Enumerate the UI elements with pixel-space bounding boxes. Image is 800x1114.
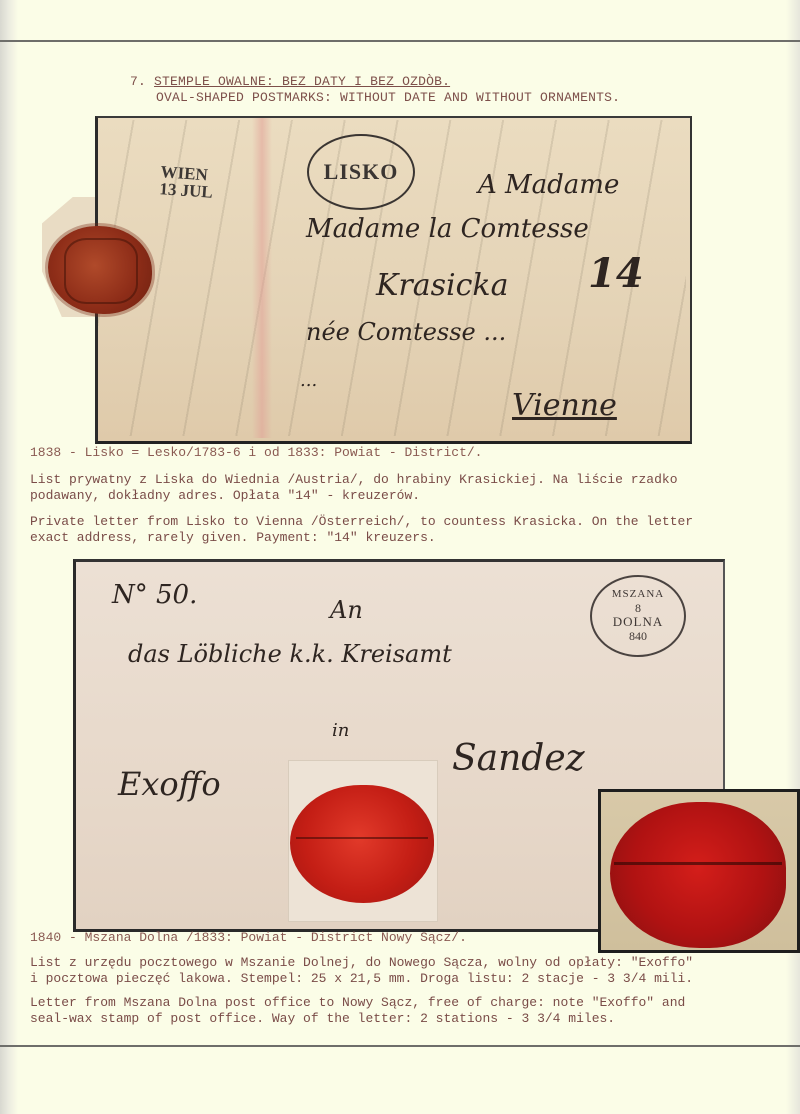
wax-seal-icon [290,785,434,903]
wien-postmark: WIEN 13 JUL [159,163,215,201]
address-line: ... [300,370,317,391]
address-line: Sandez [452,738,585,779]
section-number: 7. [130,74,146,89]
lisko-oval-postmark: LISKO [307,134,415,210]
heading-english: OVAL-SHAPED POSTMARKS: WITHOUT DATE AND … [130,90,620,106]
pink-fold-stain [252,118,272,438]
bottom-rule [0,1045,800,1047]
caption-polish: List z urzędu pocztowego w Mszanie Dolne… [30,955,693,987]
address-line: née Comtesse ... [306,318,506,346]
number-mark: N° 50. [112,580,197,610]
wax-seal-closeup-icon [610,802,786,948]
address-line: in [332,720,349,741]
heading-polish: STEMPLE OWALNE: BEZ DATY I BEZ OZDÒB. [154,74,450,89]
address-line: das Löbliche k.k. Kreisamt [128,640,452,668]
caption-english: Letter from Mszana Dolna post office to … [30,995,685,1027]
address-line: Krasicka [376,268,509,303]
franking-note: Exoffo [118,765,221,803]
rate-mark: 14 [588,250,644,297]
caption-title: 1838 - Lisko = Lesko/1783-6 i od 1833: P… [30,445,482,461]
mszana-dolna-postmark: MSZANA 8 DOLNA 840 [590,575,686,657]
caption-title: 1840 - Mszana Dolna /1833: Powiat - Dist… [30,930,467,946]
caption-english: Private letter from Lisko to Vienna /Öst… [30,514,693,546]
scan-edge-left [0,0,18,1114]
address-line: A Madame [478,170,619,200]
address-line: Madame la Comtesse [306,214,589,244]
section-heading: 7. STEMPLE OWALNE: BEZ DATY I BEZ OZDÒB.… [130,74,620,106]
top-rule [0,40,800,42]
caption-polish: List prywatny z Liska do Wiednia /Austri… [30,472,678,504]
address-line: Vienne [512,388,617,423]
address-line: An [330,596,363,624]
